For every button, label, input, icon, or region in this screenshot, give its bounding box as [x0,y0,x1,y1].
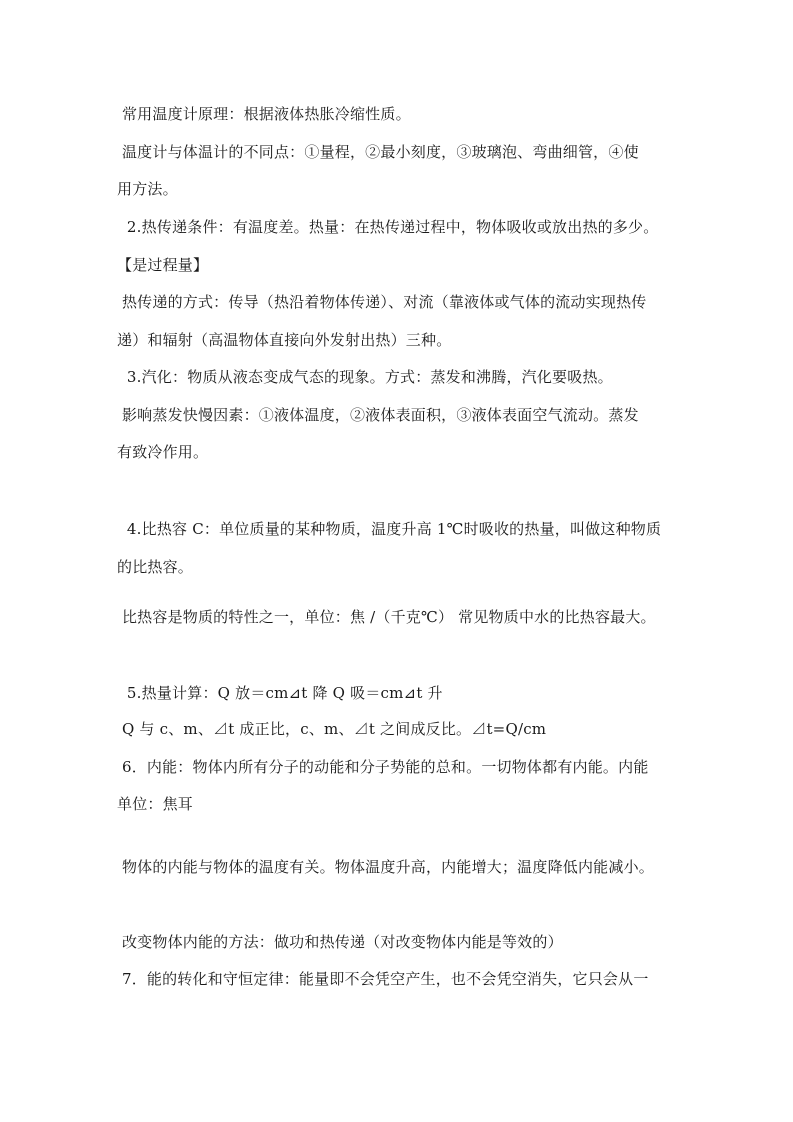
document-page: 常用温度计原理：根据液体热胀冷缩性质。 温度计与体温计的不同点：①量程，②最小刻… [0,0,793,1122]
text-line-evaporation-factors: 影响蒸发快慢因素：①液体温度，②液体表面积，③液体表面空气流动。蒸发 [117,404,687,426]
text-line-internal-energy: 6．内能：物体内所有分子的动能和分子势能的总和。一切物体都有内能。内能 [117,756,687,778]
text-line-heat-transfer-modes-cont: 递）和辐射（高温物体直接向外发射出热）三种。 [117,329,687,351]
text-line-specific-heat-definition-cont: 的比热容。 [117,556,687,578]
text-line-heat-transfer-condition: 2.热传递条件：有温度差。热量：在热传递过程中，物体吸收或放出热的多少。 [117,216,687,238]
text-line-thermometer-principle: 常用温度计原理：根据液体热胀冷缩性质。 [117,103,687,125]
text-line-energy-conservation: 7．能的转化和守恒定律：能量即不会凭空产生，也不会凭空消失，它只会从一 [117,968,687,990]
text-line-internal-energy-unit: 单位：焦耳 [117,793,687,815]
text-line-change-internal-energy: 改变物体内能的方法：做功和热传递（对改变物体内能是等效的） [117,931,687,953]
text-line-thermometer-difference-cont: 用方法。 [117,178,687,200]
text-line-specific-heat-unit: 比热容是物质的特性之一，单位：焦 /（千克℃） 常见物质中水的比热容最大。 [117,606,687,628]
text-line-thermometer-difference: 温度计与体温计的不同点：①量程，②最小刻度，③玻璃泡、弯曲细管，④使 [117,141,687,163]
text-line-specific-heat-definition: 4.比热容 C：单位质量的某种物质，温度升高 1℃时吸收的热量，叫做这种物质 [117,518,687,540]
text-line-heat-transfer-modes: 热传递的方式：传导（热沿着物体传递）、对流（靠液体或气体的流动实现热传 [117,291,687,313]
text-line-process-quantity: 【是过程量】 [117,254,687,276]
text-line-heat-calculation: 5.热量计算：Q 放＝cm⊿t 降 Q 吸＝cm⊿t 升 [117,682,687,704]
text-line-heat-proportion: Q 与 c、m、⊿t 成正比，c、m、⊿t 之间成反比。⊿t=Q/cm [117,718,687,740]
text-line-internal-energy-temperature: 物体的内能与物体的温度有关。物体温度升高，内能增大；温度降低内能减小。 [117,856,687,878]
text-line-evaporation-factors-cont: 有致冷作用。 [117,441,687,463]
text-line-vaporization: 3.汽化：物质从液态变成气态的现象。方式：蒸发和沸腾，汽化要吸热。 [117,366,687,388]
